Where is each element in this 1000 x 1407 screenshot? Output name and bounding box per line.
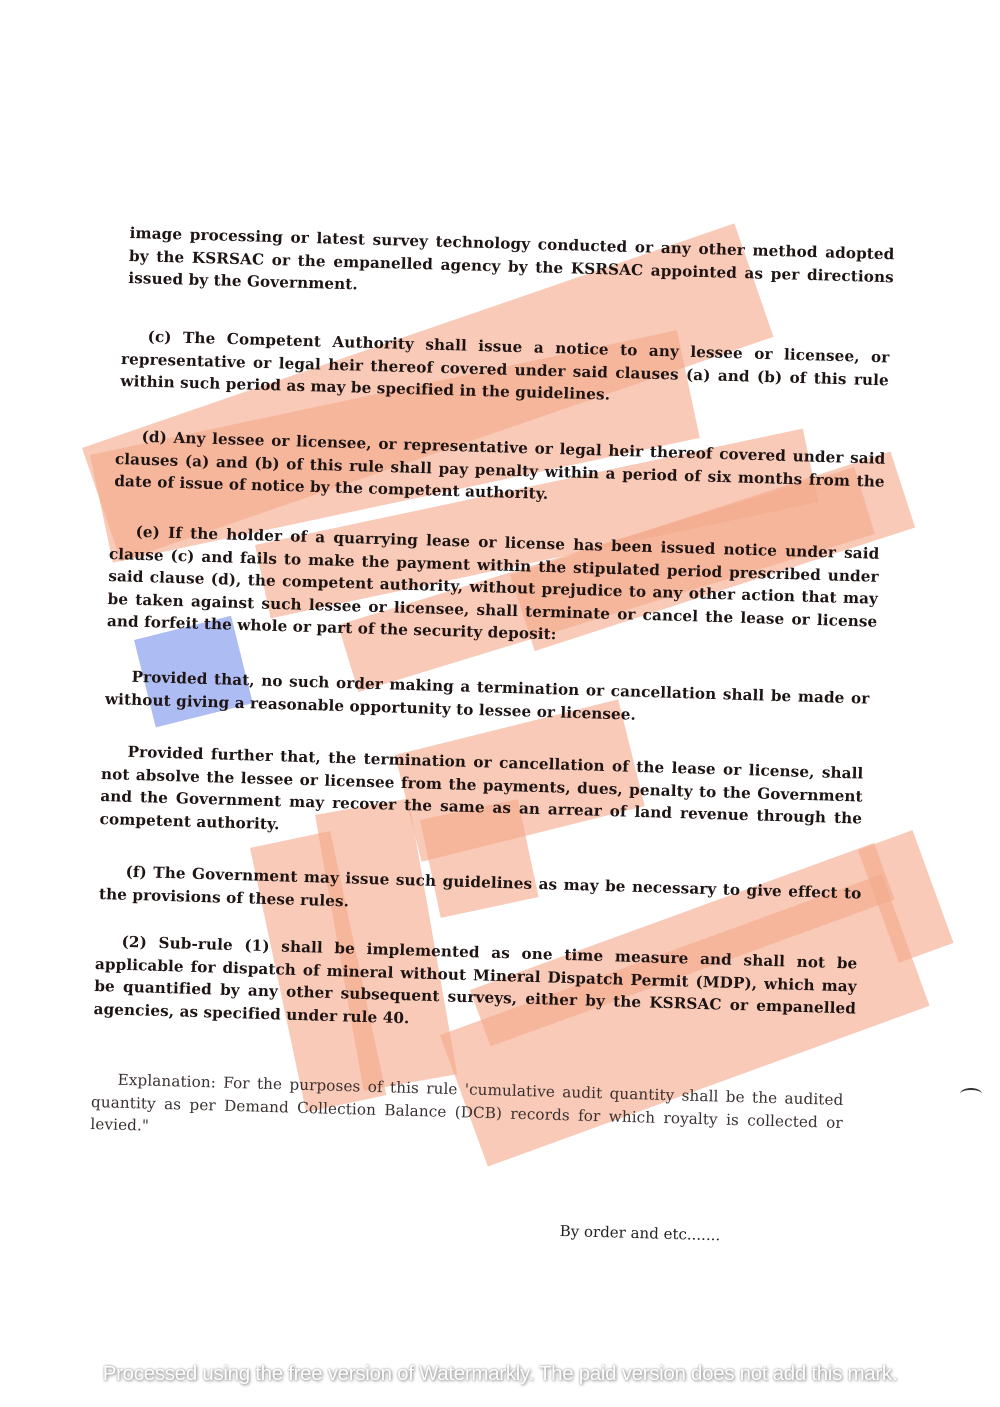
paragraph-proviso-2: Provided further that, the termination o… xyxy=(99,740,863,853)
document-page: image processing or latest survey techno… xyxy=(0,0,1000,1407)
watermark-text: Processed using the free version of Wate… xyxy=(0,1362,1000,1386)
indent xyxy=(100,876,126,877)
proviso-2-text: Provided further that, the termination o… xyxy=(99,743,863,833)
proviso-1-text: Provided that, no such order making a te… xyxy=(105,668,870,723)
paragraph-clause-d: (d) Any lessee or licensee, or represent… xyxy=(114,425,886,515)
indent xyxy=(110,536,136,537)
paragraph-explanation: Explanation: For the purposes of this ru… xyxy=(90,1068,844,1156)
scan-mark xyxy=(960,1088,982,1100)
paragraph-clause-e: (e) If the holder of a quarrying lease o… xyxy=(107,520,880,655)
indent xyxy=(116,441,142,442)
sub-rule-2-text: (2) Sub-rule (1) shall be implemented as… xyxy=(93,933,857,1027)
explanation-text: Explanation: For the purposes of this ru… xyxy=(90,1071,843,1135)
clause-f-text: (f) The Government may issue such guidel… xyxy=(99,863,862,910)
paragraph-sub-rule-2: (2) Sub-rule (1) shall be implemented as… xyxy=(93,930,857,1043)
paragraph-clause-c: (c) The Competent Authority shall issue … xyxy=(120,325,890,414)
indent xyxy=(102,756,128,757)
document-body: image processing or latest survey techno… xyxy=(0,0,1000,1407)
paragraph-clause-f: (f) The Government may issue such guidel… xyxy=(99,860,862,928)
indent xyxy=(106,681,132,682)
clause-c-text: (c) The Competent Authority shall issue … xyxy=(120,328,889,404)
clause-d-text: (d) Any lessee or licensee, or represent… xyxy=(114,428,886,503)
clause-e-text: (e) If the holder of a quarrying lease o… xyxy=(107,523,880,644)
indent xyxy=(92,1084,118,1085)
indent xyxy=(122,341,148,342)
signature-line: By order and etc....... xyxy=(560,1222,721,1244)
paragraph-proviso-1: Provided that, no such order making a te… xyxy=(105,665,870,733)
indent xyxy=(96,946,122,947)
paragraph-intro-continuation: image processing or latest survey techno… xyxy=(128,222,895,311)
